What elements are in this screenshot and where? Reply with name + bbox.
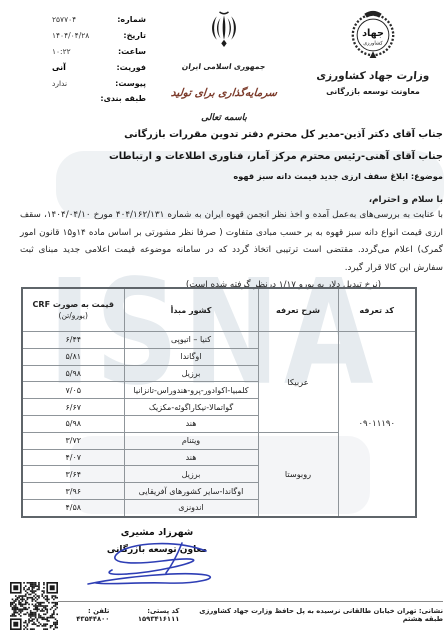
signature-title: معاون توسعه بازرگانی: [92, 545, 222, 555]
letter-meta-block: شماره:۲۵۷۷۰۴تاریخ:۱۴۰۴/۰۴/۲۸ساعت:۱۰:۲۲فو…: [52, 12, 146, 107]
body-paragraph: با عنایت به بررسی‌های به‌عمل آمده و اخذ …: [20, 207, 443, 277]
document-page: ISNA شماره:۲۵۷۷۰۴تاریخ:۱۴۰۴/۰۴/۲۸ساعت:۱۰…: [0, 0, 448, 640]
price-cell: ۳/۶۴: [22, 466, 124, 483]
price-cell: ۳/۹۶: [22, 483, 124, 500]
header-tariff-code: کد تعرفه: [338, 288, 416, 332]
iran-emblem-icon: [206, 8, 242, 50]
origin-country-cell: برزیل: [124, 466, 258, 483]
price-cell: ۵/۸۱: [22, 348, 124, 365]
price-cell: ۴/۰۷: [22, 449, 124, 466]
meta-field-value: ۲۵۷۷۰۴: [52, 15, 76, 24]
meta-field-label: ساعت:: [118, 47, 146, 56]
signature-block: شهرزاد مشیری معاون توسعه بازرگانی: [92, 527, 222, 555]
ministry-name: وزارت جهاد کشاورزی: [302, 70, 443, 82]
price-cell: ۷/۰۵: [22, 382, 124, 399]
price-cell: ۵/۹۸: [22, 365, 124, 382]
header-tariff-desc: شرح تعرفه: [258, 288, 338, 332]
ministry-header: جهاد کشاورزی وزارت جهاد کشاورزی معاونت ت…: [303, 6, 443, 96]
footer-address: نشانی: تهران خیابان طالقانی نرسیده به پل…: [179, 607, 443, 623]
emblem-caption: جمهوری اسلامی ایران: [182, 62, 267, 71]
meta-field-value: ۱۰:۲۲: [52, 47, 71, 56]
origin-country-cell: برزیل: [124, 365, 258, 382]
price-cell: ۶/۴۴: [22, 332, 124, 349]
meta-field-label: فوریت:: [116, 63, 146, 72]
meta-field-label: طبقه بندی:: [100, 94, 146, 103]
price-cell: ۶/۶۷: [22, 399, 124, 416]
letter-body: جناب آقای دکتر آذین-مدیر کل محترم دفتر ت…: [20, 124, 443, 294]
center-header: جمهوری اسلامی ایران سرمایه‌گذاری برای تو…: [160, 8, 288, 123]
qr-code: [10, 582, 58, 630]
tariff-code-cell: ۰۹۰۱۱۱۹۰: [338, 332, 416, 517]
meta-field-row: فوریت:آنی: [52, 59, 146, 75]
subject-line: موضوع: ابلاغ سقف ارزی جدید قیمت دانه سبز…: [20, 171, 443, 181]
meta-field-row: پیوست:ندارد: [52, 75, 146, 91]
price-cell: ۵/۹۸: [22, 415, 124, 432]
jahad-keshavarzi-logo-icon: جهاد کشاورزی: [348, 6, 398, 62]
footer-phone: تلفن : ۴۳۵۴۴۸۰۰: [57, 607, 109, 623]
year-slogan: سرمایه‌گذاری برای تولید: [159, 87, 288, 99]
besmele-text: باسمه تعالی: [160, 113, 288, 123]
table-header-row: کد تعرفه شرح تعرفه کشور مبدأ قیمت به صور…: [22, 288, 416, 332]
meta-field-label: شماره:: [117, 15, 146, 24]
meta-field-value: ندارد: [52, 79, 67, 88]
signature-name: شهرزاد مشیری: [92, 527, 222, 538]
handwritten-signature: [76, 535, 232, 591]
origin-country-cell: کنیا – اتیوپی: [124, 332, 258, 349]
origin-country-cell: هند: [124, 449, 258, 466]
header-price: قیمت به صورت CRF (یورو/تن): [22, 288, 124, 332]
origin-country-cell: هند: [124, 415, 258, 432]
price-cell: ۴/۵۸: [22, 499, 124, 516]
coffee-price-table: کد تعرفه شرح تعرفه کشور مبدأ قیمت به صور…: [21, 287, 417, 518]
meta-field-label: تاریخ:: [123, 31, 146, 40]
meta-field-row: تاریخ:۱۴۰۴/۰۴/۲۸: [52, 28, 146, 44]
svg-text:جهاد: جهاد: [362, 28, 384, 39]
price-cell: ۳/۷۲: [22, 432, 124, 449]
table-row: ۰۹۰۱۱۱۹۰عربیکاکنیا – اتیوپی۶/۴۴: [22, 332, 416, 349]
svg-text:کشاورزی: کشاورزی: [363, 41, 383, 47]
salutation-line: با سلام و احترام،: [20, 195, 443, 205]
meta-field-value: آنی: [52, 63, 66, 72]
meta-field-row: ساعت:۱۰:۲۲: [52, 44, 146, 60]
addressee-line-1: جناب آقای دکتر آذین-مدیر کل محترم دفتر ت…: [20, 124, 443, 146]
origin-country-cell: اندونزی: [124, 499, 258, 516]
addressee-line-2: جناب آقای آهنی-رئیس محترم مرکز آمار، فنا…: [20, 146, 443, 168]
origin-country-cell: کلمبیا-اکوادور-پرو-هندوراس-تانزانیا: [124, 382, 258, 399]
origin-country-cell: گواتمالا-نیکاراگوئه-مکزیک: [124, 399, 258, 416]
footer-contact-line: نشانی: تهران خیابان طالقانی نرسیده به پل…: [57, 607, 443, 623]
footer-divider: [57, 601, 443, 602]
meta-field-row: شماره:۲۵۷۷۰۴: [52, 12, 146, 28]
header-origin-country: کشور مبدأ: [124, 288, 258, 332]
origin-country-cell: اوگاندا: [124, 348, 258, 365]
meta-field-label: پیوست:: [115, 79, 146, 88]
tariff-desc-cell: روبوستا: [258, 432, 338, 516]
meta-field-value: ۱۴۰۴/۰۴/۲۸: [52, 31, 89, 40]
origin-country-cell: اوگاندا-سایر کشورهای آفریقایی: [124, 483, 258, 500]
footer-postal-code: کد پستی: ۱۵۹۳۴۱۶۱۱۱: [109, 607, 179, 623]
tariff-desc-cell: عربیکا: [258, 332, 338, 433]
origin-country-cell: ویتنام: [124, 432, 258, 449]
meta-field-row: طبقه بندی:: [52, 91, 146, 107]
department-name: معاونت توسعه بازرگانی: [303, 87, 443, 96]
